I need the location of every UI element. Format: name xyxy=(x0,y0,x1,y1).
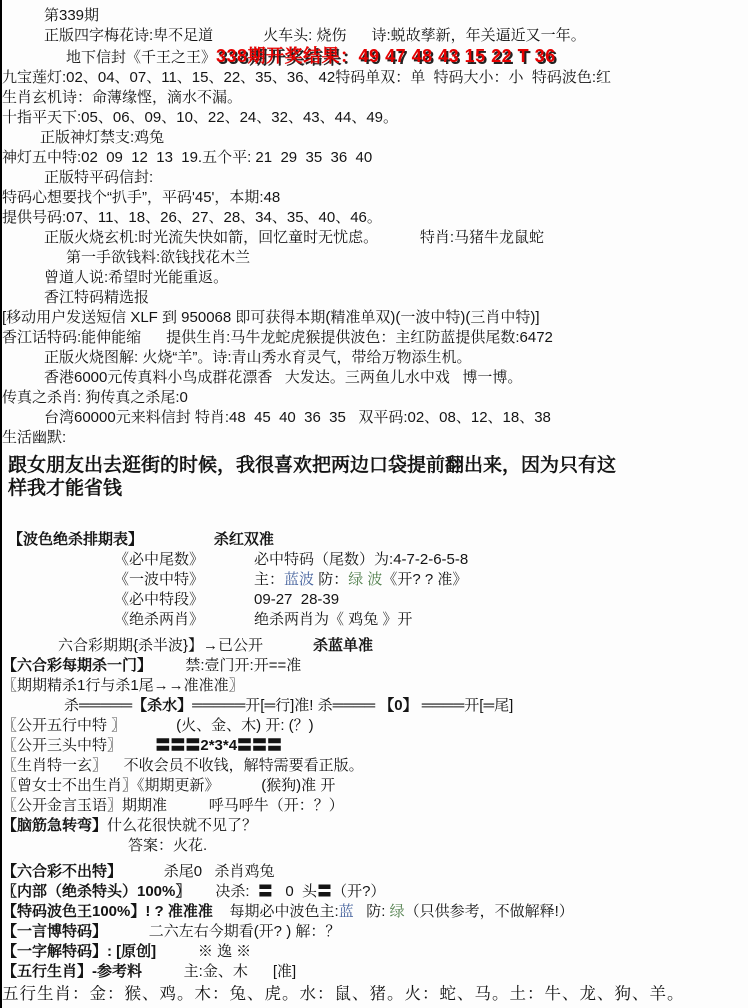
must-hit-segment-label: 《必中特段》 xyxy=(114,591,204,608)
kill-one-gate-value: 禁:壹门开:开==准 xyxy=(152,657,301,674)
internal-kill-head-value: 决杀: 〓 0 头〓（开?） xyxy=(190,883,385,900)
one-wave-suffix: 《开? ? 准》 xyxy=(382,571,467,588)
taiwan60000-text: 台湾60000元来料信封 特肖:48 45 40 36 35 双平码:02、08… xyxy=(44,409,551,426)
humor-line-1: 跟女朋友出去逛街的时候，我很喜欢把两边口袋提前翻出来，因为只有这 xyxy=(2,454,746,477)
five-element-zodiac-value: 主:金、木 [准] xyxy=(142,963,296,980)
five-element-zodiac-label: 【五行生肖】-参考料 xyxy=(2,963,142,980)
brain-teaser-answer: 答案：火花. xyxy=(2,836,746,856)
one-char-row: 【一字解特码】: [原创] ※ 逸 ※ xyxy=(2,942,746,962)
ten-fingers-numbers: 十指平天下:05、06、09、10、22、24、32、43、44、49。 xyxy=(2,108,746,128)
blue-wave-text: 蓝波 xyxy=(284,571,314,588)
madam-zeng-label: 〖曾女士不出生肖〗《期期更新》 xyxy=(2,777,220,794)
xiangjiang-title-text: 香江特码精选报 xyxy=(44,289,149,306)
lamp-forbidden-zodiac: 正版神灯禁支:鸡兔 xyxy=(2,128,746,148)
golden-words-value: 呼马呼牛（开：？） xyxy=(167,797,344,814)
must-hit-tail-value: 必中特码（尾数）为:4-7-2-6-5-8 xyxy=(204,551,468,568)
zeng-dao-ren-text: 曾道人说:希望时光能重返。 xyxy=(44,269,228,286)
must-hit-segment-row: 《必中特段》 09-27 28-39 xyxy=(2,590,746,610)
wave-kill-table-header: 【波色绝杀排期表】 杀红双准 xyxy=(2,530,746,550)
no-special-label: 【六合彩不出特】 xyxy=(2,863,122,880)
brain-teaser-row: 【脑筋急转弯】什么花很快就不见了？ xyxy=(2,816,746,836)
sms-notice-text: [移动用户发送短信 XLF 到 950068 即可获得本期(精准单双)(一波中特… xyxy=(2,309,540,326)
brain-teaser-question: 什么花很快就不见了？ xyxy=(107,817,257,834)
humor-line-2: 样我才能省钱 xyxy=(2,477,746,500)
hk6000-fax-line: 香港6000元传真料小鸟成群花漂香 大发达。三两鱼儿水中戏 博一博。 xyxy=(2,368,746,388)
humor-text-1: 跟女朋友出去逛街的时候，我很喜欢把两边口袋提前翻出来，因为只有这 xyxy=(8,455,616,476)
kill-water-seg-1: 杀═════ xyxy=(64,697,132,714)
five-element-zodiac-row: 【五行生肖】-参考料 主:金、木 [准] xyxy=(2,962,746,982)
kill-two-zodiac-row: 《绝杀两肖》 绝杀两肖为《 鸡兔 》开 xyxy=(2,610,746,630)
issue-number: 第339期 xyxy=(2,6,746,26)
one-sentence-value: 二六左右今期看(开? ) 解：？ xyxy=(107,923,340,940)
half-wave-row: 六合彩期期{杀半波}】→已公开 杀蓝单准 xyxy=(2,636,746,656)
wave-color-king-mid: 防: xyxy=(354,903,390,920)
fax-kill-zodiac: 传真之杀肖: 狗传真之杀尾:0 xyxy=(2,388,746,408)
one-wave-mid: 防： xyxy=(314,571,348,588)
main-blue-text: 蓝 xyxy=(339,903,354,920)
lamp-forbidden-text: 正版神灯禁支:鸡兔 xyxy=(40,129,164,146)
ten-fingers-text: 十指平天下:05、06、09、10、22、24、32、43、44、49。 xyxy=(2,109,398,126)
five-elements-label: 〖公开五行中特 〗 xyxy=(2,717,126,734)
fax-kill-text: 传真之杀肖: 狗传真之杀尾:0 xyxy=(2,389,188,406)
internal-kill-head-row: 〖内部（绝杀特头）100%〗 决杀: 〓 0 头〓（开?） xyxy=(2,882,746,902)
xiangjiang-special-text: 香江话特码:能伸能缩 提供生肖:马牛龙蛇虎猴提供波色：主红防蓝提供尾数:6472 xyxy=(2,329,553,346)
nine-lotus-numbers: 九宝莲灯:02、04、07、11、15、22、35、36、42特码单双：单 特码… xyxy=(2,68,746,88)
xiangjiang-report-title: 香江特码精选报 xyxy=(2,288,746,308)
zodiac-poem-text: 生肖玄机诗：命薄缘悭，滴水不漏。 xyxy=(2,89,242,106)
first-money-text: 第一手欲钱料:欲钱找花木兰 xyxy=(66,249,250,266)
five-element-detail-text: 五行生肖：金：猴、鸡。木：兔、虎。水：鼠、猪。火：蛇、马。土：牛、龙、狗、羊。 xyxy=(2,985,685,1003)
kill-water-seg-3: ════开[═尾] xyxy=(422,697,513,714)
humor-text-2: 样我才能省钱 xyxy=(8,478,122,499)
must-hit-segment-value: 09-27 28-39 xyxy=(204,591,339,608)
three-heads-label: 〖公开三头中特〗 xyxy=(2,737,122,754)
five-elements-row: 〖公开五行中特 〗 (火、金、木) 开: (？) xyxy=(2,716,746,736)
kill-two-zodiac-value: 绝杀两肖为《 鸡兔 》开 xyxy=(204,611,412,628)
plum-poem-text: 正版四字梅花诗:卑不足道 火车头: 烧伤 诗:蜕故孳新，年关逼近又一年。 xyxy=(44,27,586,44)
golden-words-row: 〖公开金言玉语〗期期准 呼马呼牛（开：？） xyxy=(2,796,746,816)
kill-one-gate-row: 【六合彩每期杀一门】 禁:壹门开:开==准 xyxy=(2,656,746,676)
taiwan60000-line: 台湾60000元来料信封 特肖:48 45 40 36 35 双平码:02、08… xyxy=(2,408,746,428)
nine-lotus-text: 九宝莲灯:02、04、07、11、15、22、35、36、42特码单双：单 特码… xyxy=(2,69,611,86)
fire-diagram-line: 正版火烧图解: 火烧“羊”。诗:青山秀水育灵气，带给万物添生机。 xyxy=(2,348,746,368)
kill-one-gate-label: 【六合彩每期杀一门】 xyxy=(2,657,152,674)
precise-kill-row: 〖期期精杀1行与杀1尾→→准准准〗 xyxy=(2,676,746,696)
no-special-row: 【六合彩不出特】 杀尾0 杀肖鸡兔 xyxy=(2,862,746,882)
one-wave-prefix: 主： xyxy=(204,571,284,588)
fire-diagram-text: 正版火烧图解: 火烧“羊”。诗:青山秀水育灵气，带给万物添生机。 xyxy=(44,349,472,366)
wave-kill-header-text: 【波色绝杀排期表】 杀红双准 xyxy=(8,531,274,548)
one-char-value: ※ 逸 ※ xyxy=(156,943,251,960)
must-hit-tail-label: 《必中尾数》 xyxy=(114,551,204,568)
three-heads-value: 〓〓〓2*3*4〓〓〓 xyxy=(122,737,282,754)
one-wave-label: 《一波中特》 xyxy=(114,571,204,588)
hk6000-text: 香港6000元传真料小鸟成群花漂香 大发达。三两鱼儿水中戏 博一博。 xyxy=(44,369,522,386)
fire-mystery-text: 正版火烧玄机:时光流失快如箭，回忆童时无忧虑。 特肖:马猪牛龙鼠蛇 xyxy=(44,229,544,246)
one-wave-special-row: 《一波中特》 主：蓝波 防：绿 波《开? ? 准》 xyxy=(2,570,746,590)
green-wave-text: 绿 波 xyxy=(348,571,382,588)
kill-water-line: 杀═════【杀水】═════开[═行]准! 杀════ 【0】 ════开[═… xyxy=(2,696,746,716)
kill-blue-single-text: 杀蓝单准 xyxy=(263,637,373,654)
precise-kill-text: 〖期期精杀1行与杀1尾→→准准准〗 xyxy=(2,677,244,694)
kill-zero-label: 【0】 xyxy=(375,697,422,714)
envelope-result-line: 地下信封《千王之王》338期开奖结果：49 47 48 43 15 22 T 3… xyxy=(2,46,746,68)
golden-words-label: 〖公开金言玉语〗期期准 xyxy=(2,797,167,814)
sms-notice: [移动用户发送短信 XLF 到 950068 即可获得本期(精准单双)(一波中特… xyxy=(2,308,746,328)
five-elements-value: (火、金、木) 开: (？) xyxy=(126,717,314,734)
special-flat-envelope: 正版特平码信封: xyxy=(2,168,746,188)
life-humor-title: 生活幽默: xyxy=(2,428,746,448)
draw-result-text: 338期开奖结果：49 47 48 43 15 22 T 36 xyxy=(216,46,556,66)
kill-water-label: 【杀水】 xyxy=(132,697,192,714)
must-hit-tail-row: 《必中尾数》 必中特码（尾数）为:4-7-2-6-5-8 xyxy=(2,550,746,570)
fire-mystery-line: 正版火烧玄机:时光流失快如箭，回忆童时无忧虑。 特肖:马猪牛龙鼠蛇 xyxy=(2,228,746,248)
zodiac-mystery-poem: 生肖玄机诗：命薄缘悭，滴水不漏。 xyxy=(2,88,746,108)
issue-number-text: 第339期 xyxy=(44,7,99,24)
special-flat-text: 正版特平码信封: xyxy=(44,169,153,186)
lamp-five-text: 神灯五中特:02 09 12 13 19.五个平: 21 29 35 36 40 xyxy=(2,149,372,166)
half-wave-label: 六合彩期期{杀半波}】→已公开 xyxy=(58,637,263,654)
wave-color-king-label: 【特码波色王100%】! ? 准准准 xyxy=(2,903,213,920)
zodiac-special-value: 不收会员不收钱，解特需要看正版。 xyxy=(107,757,364,774)
wave-color-king-row: 【特码波色王100%】! ? 准准准 每期必中波色主:蓝 防: 绿（只供参考，不… xyxy=(2,902,746,922)
no-special-value: 杀尾0 杀肖鸡兔 xyxy=(122,863,275,880)
life-humor-title-text: 生活幽默: xyxy=(2,429,66,446)
one-sentence-label: 【一言博特码】 xyxy=(2,923,107,940)
plum-poem-line: 正版四字梅花诗:卑不足道 火车头: 烧伤 诗:蜕故孳新，年关逼近又一年。 xyxy=(2,26,746,46)
madam-zeng-value: (猴狗)准 开 xyxy=(220,777,336,794)
provided-numbers: 提供号码:07、11、18、26、27、28、34、35、40、46。 xyxy=(2,208,746,228)
envelope-title-text: 地下信封《千王之王》 xyxy=(66,49,216,66)
first-money-hint: 第一手欲钱料:欲钱找花木兰 xyxy=(2,248,746,268)
zeng-dao-ren-says: 曾道人说:希望时光能重返。 xyxy=(2,268,746,288)
special-code-hint: 特码心想要找个“扒手”，平码'45'，本期:48 xyxy=(2,188,746,208)
special-code-hint-text: 特码心想要找个“扒手”，平码'45'，本期:48 xyxy=(2,189,280,206)
brain-teaser-answer-text: 答案：火花. xyxy=(128,837,207,854)
guard-green-text: 绿 xyxy=(390,903,405,920)
xiangjiang-special-code: 香江话特码:能伸能缩 提供生肖:马牛龙蛇虎猴提供波色：主红防蓝提供尾数:6472 xyxy=(2,328,746,348)
provided-numbers-text: 提供号码:07、11、18、26、27、28、34、35、40、46。 xyxy=(2,209,382,226)
five-element-detail: 五行生肖：金：猴、鸡。木：兔、虎。水：鼠、猪。火：蛇、马。土：牛、龙、狗、羊。 xyxy=(2,982,746,1006)
one-sentence-row: 【一言博特码】 二六左右今期看(开? ) 解：？ xyxy=(2,922,746,942)
internal-kill-head-label: 〖内部（绝杀特头）100%〗 xyxy=(2,883,190,900)
lamp-five-special: 神灯五中特:02 09 12 13 19.五个平: 21 29 35 36 40 xyxy=(2,148,746,168)
wave-color-king-suffix: （只供参考，不做解释!） xyxy=(405,903,574,920)
lottery-tip-sheet: 第339期 正版四字梅花诗:卑不足道 火车头: 烧伤 诗:蜕故孳新，年关逼近又一… xyxy=(0,0,748,1008)
kill-two-zodiac-label: 《绝杀两肖》 xyxy=(114,611,204,628)
zodiac-special-label: 〖生肖特一玄〗 xyxy=(2,757,107,774)
brain-teaser-label: 【脑筋急转弯】 xyxy=(2,817,107,834)
one-char-label: 【一字解特码】: [原创] xyxy=(2,943,156,960)
zodiac-special-row: 〖生肖特一玄〗 不收会员不收钱，解特需要看正版。 xyxy=(2,756,746,776)
madam-zeng-row: 〖曾女士不出生肖〗《期期更新》 (猴狗)准 开 xyxy=(2,776,746,796)
kill-water-seg-2: ═════开[═行]准! 杀════ xyxy=(192,697,375,714)
three-heads-row: 〖公开三头中特〗 〓〓〓2*3*4〓〓〓 xyxy=(2,736,746,756)
wave-color-king-prefix: 每期必中波色主: xyxy=(213,903,339,920)
